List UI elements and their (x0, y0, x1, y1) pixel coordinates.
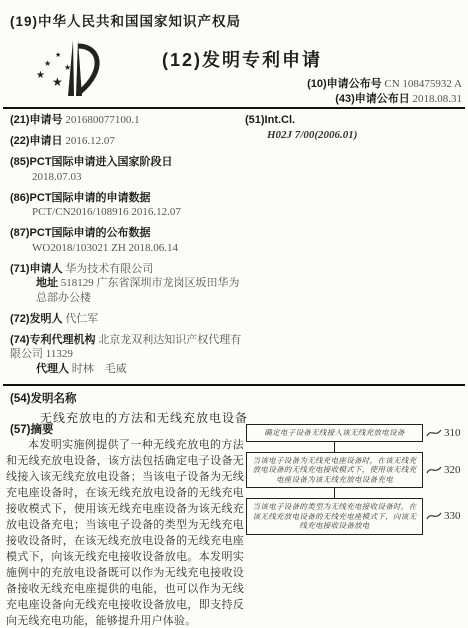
applicant-label: (71)申请人 (10, 263, 63, 275)
section-divider (3, 384, 465, 386)
application-date: 2016.12.07 (65, 135, 115, 147)
flowchart-step-box: 确定电子设备无线接入该无线充放电设备 (246, 424, 423, 442)
svg-text:★: ★ (64, 63, 71, 72)
application-number-row: (21)申请号 201680077100.1 (10, 113, 244, 128)
agency-label: (74)专利代理机构 (10, 334, 96, 346)
issuing-office: (19)中华人民共和国国家知识产权局 (10, 10, 241, 30)
flowchart-step-number: 330 (444, 510, 461, 522)
flowchart-connector (334, 488, 335, 498)
svg-text:★: ★ (55, 51, 61, 59)
patent-front-page: (19)中华人民共和国国家知识产权局 ★ ★ ★ ★ ★ (12)发明专利申请 … (0, 0, 468, 628)
reference-squiggle-icon (426, 510, 442, 522)
flowchart-step-number: 320 (444, 464, 461, 476)
agent-row: 代理人 时林 毛威 (10, 362, 244, 377)
publication-number-row: (10)申请公布号 CN 108475932 A (307, 77, 462, 92)
flowchart-step-box: 当该电子设备为无线充电座设备时，在该无线充放电设备的无线充电接收模式下，使用该无… (246, 452, 423, 489)
inventor-row: (72)发明人 代仁军 (10, 312, 244, 327)
publication-number-label: (10)申请公布号 (307, 78, 382, 90)
pct-publication-data: WO2018/103021 ZH 2018.06.14 (10, 241, 244, 256)
int-cl-label: (51)Int.Cl. (245, 113, 460, 128)
biblio-left-column: (21)申请号 201680077100.1 (22)申请日 2016.12.0… (10, 113, 244, 383)
publication-number: CN 108475932 A (384, 78, 462, 90)
pct-national-stage-date: 2018.07.03 (10, 170, 244, 185)
pct-publication-data-row: (87)PCT国际申请的公布数据 WO2018/103021 ZH 2018.0… (10, 226, 244, 255)
application-date-label: (22)申请日 (10, 135, 63, 147)
applicant-address-row: 地址 518129 广东省深圳市龙岗区坂田华为总部办公楼 (10, 276, 244, 305)
reference-squiggle-icon (426, 464, 442, 476)
applicant-row: (71)申请人 华为技术有限公司 地址 518129 广东省深圳市龙岗区坂田华为… (10, 262, 244, 306)
flowchart-step-box: 当该电子设备的类型为无线充电接收设备时，在该无线充放电设备的无线充电座模式下，向… (246, 498, 423, 535)
publication-block: (10)申请公布号 CN 108475932 A (43)申请公布日 2018.… (307, 77, 462, 106)
flowchart-step-row: 当该电子设备的类型为无线充电接收设备时，在该无线充放电设备的无线充电座模式下，向… (246, 498, 464, 535)
agency-row: (74)专利代理机构 北京龙双利达知识产权代理有限公司 11329 代理人 时林… (10, 333, 244, 377)
pct-publication-data-label: (87)PCT国际申请的公布数据 (10, 226, 244, 241)
applicant-address: 518129 广东省深圳市龙岗区坂田华为总部办公楼 (36, 277, 240, 304)
publication-date-label: (43)申请公布日 (335, 93, 410, 105)
pct-application-data: PCT/CN2016/108916 2016.12.07 (10, 205, 244, 220)
header-divider (3, 107, 465, 109)
flowchart-step-row: 当该电子设备为无线充电座设备时，在该无线充放电设备的无线充电接收模式下，使用该无… (246, 452, 464, 489)
svg-text:★: ★ (36, 70, 45, 81)
pct-national-stage-row: (85)PCT国际申请进入国家阶段日 2018.07.03 (10, 155, 244, 184)
abstract-figure-flowchart: 确定电子设备无线接入该无线充放电设备 310 当该电子设备为无线充电座设备时，在… (246, 424, 464, 535)
document-type-title: (12)发明专利申请 (162, 46, 322, 72)
flowchart-step-ref: 310 (426, 427, 461, 439)
pct-application-data-row: (86)PCT国际申请的申请数据 PCT/CN2016/108916 2016.… (10, 191, 244, 220)
inventor-label: (72)发明人 (10, 313, 63, 325)
pct-application-data-label: (86)PCT国际申请的申请数据 (10, 191, 244, 206)
flowchart-step-ref: 320 (426, 464, 461, 476)
application-date-row: (22)申请日 2016.12.07 (10, 134, 244, 149)
address-label: 地址 (36, 277, 58, 289)
publication-date-row: (43)申请公布日 2018.08.31 (307, 92, 462, 107)
application-number: 201680077100.1 (65, 114, 139, 126)
flowchart-step-number: 310 (444, 427, 461, 439)
reference-squiggle-icon (426, 427, 442, 439)
invention-title-label: (54)发明名称 (10, 393, 76, 405)
abstract-label: (57)摘要 (10, 421, 53, 437)
flowchart-connector (334, 442, 335, 452)
inventor-name: 代仁军 (65, 313, 98, 325)
svg-text:★: ★ (44, 59, 51, 68)
pct-national-stage-label: (85)PCT国际申请进入国家阶段日 (10, 155, 244, 170)
flowchart-step-ref: 330 (426, 510, 461, 522)
abstract-text: 本发明实施例提供了一种无线充放电的方法和无线充放电设备，该方法包括确定电子设备无… (6, 437, 244, 628)
flowchart-step-row: 确定电子设备无线接入该无线充放电设备 310 (246, 424, 464, 442)
cnipa-logo-icon: ★ ★ ★ ★ ★ (28, 36, 112, 102)
biblio-right-column: (51)Int.Cl. H02J 7/00(2006.01) (245, 113, 460, 143)
applicant-name: 华为技术有限公司 (65, 263, 153, 275)
int-cl-classification: H02J 7/00(2006.01) (245, 128, 460, 143)
agent-names: 时林 毛威 (72, 363, 127, 375)
publication-date: 2018.08.31 (413, 93, 463, 105)
agent-label: 代理人 (36, 363, 69, 375)
svg-text:★: ★ (52, 75, 63, 89)
application-number-label: (21)申请号 (10, 114, 63, 126)
